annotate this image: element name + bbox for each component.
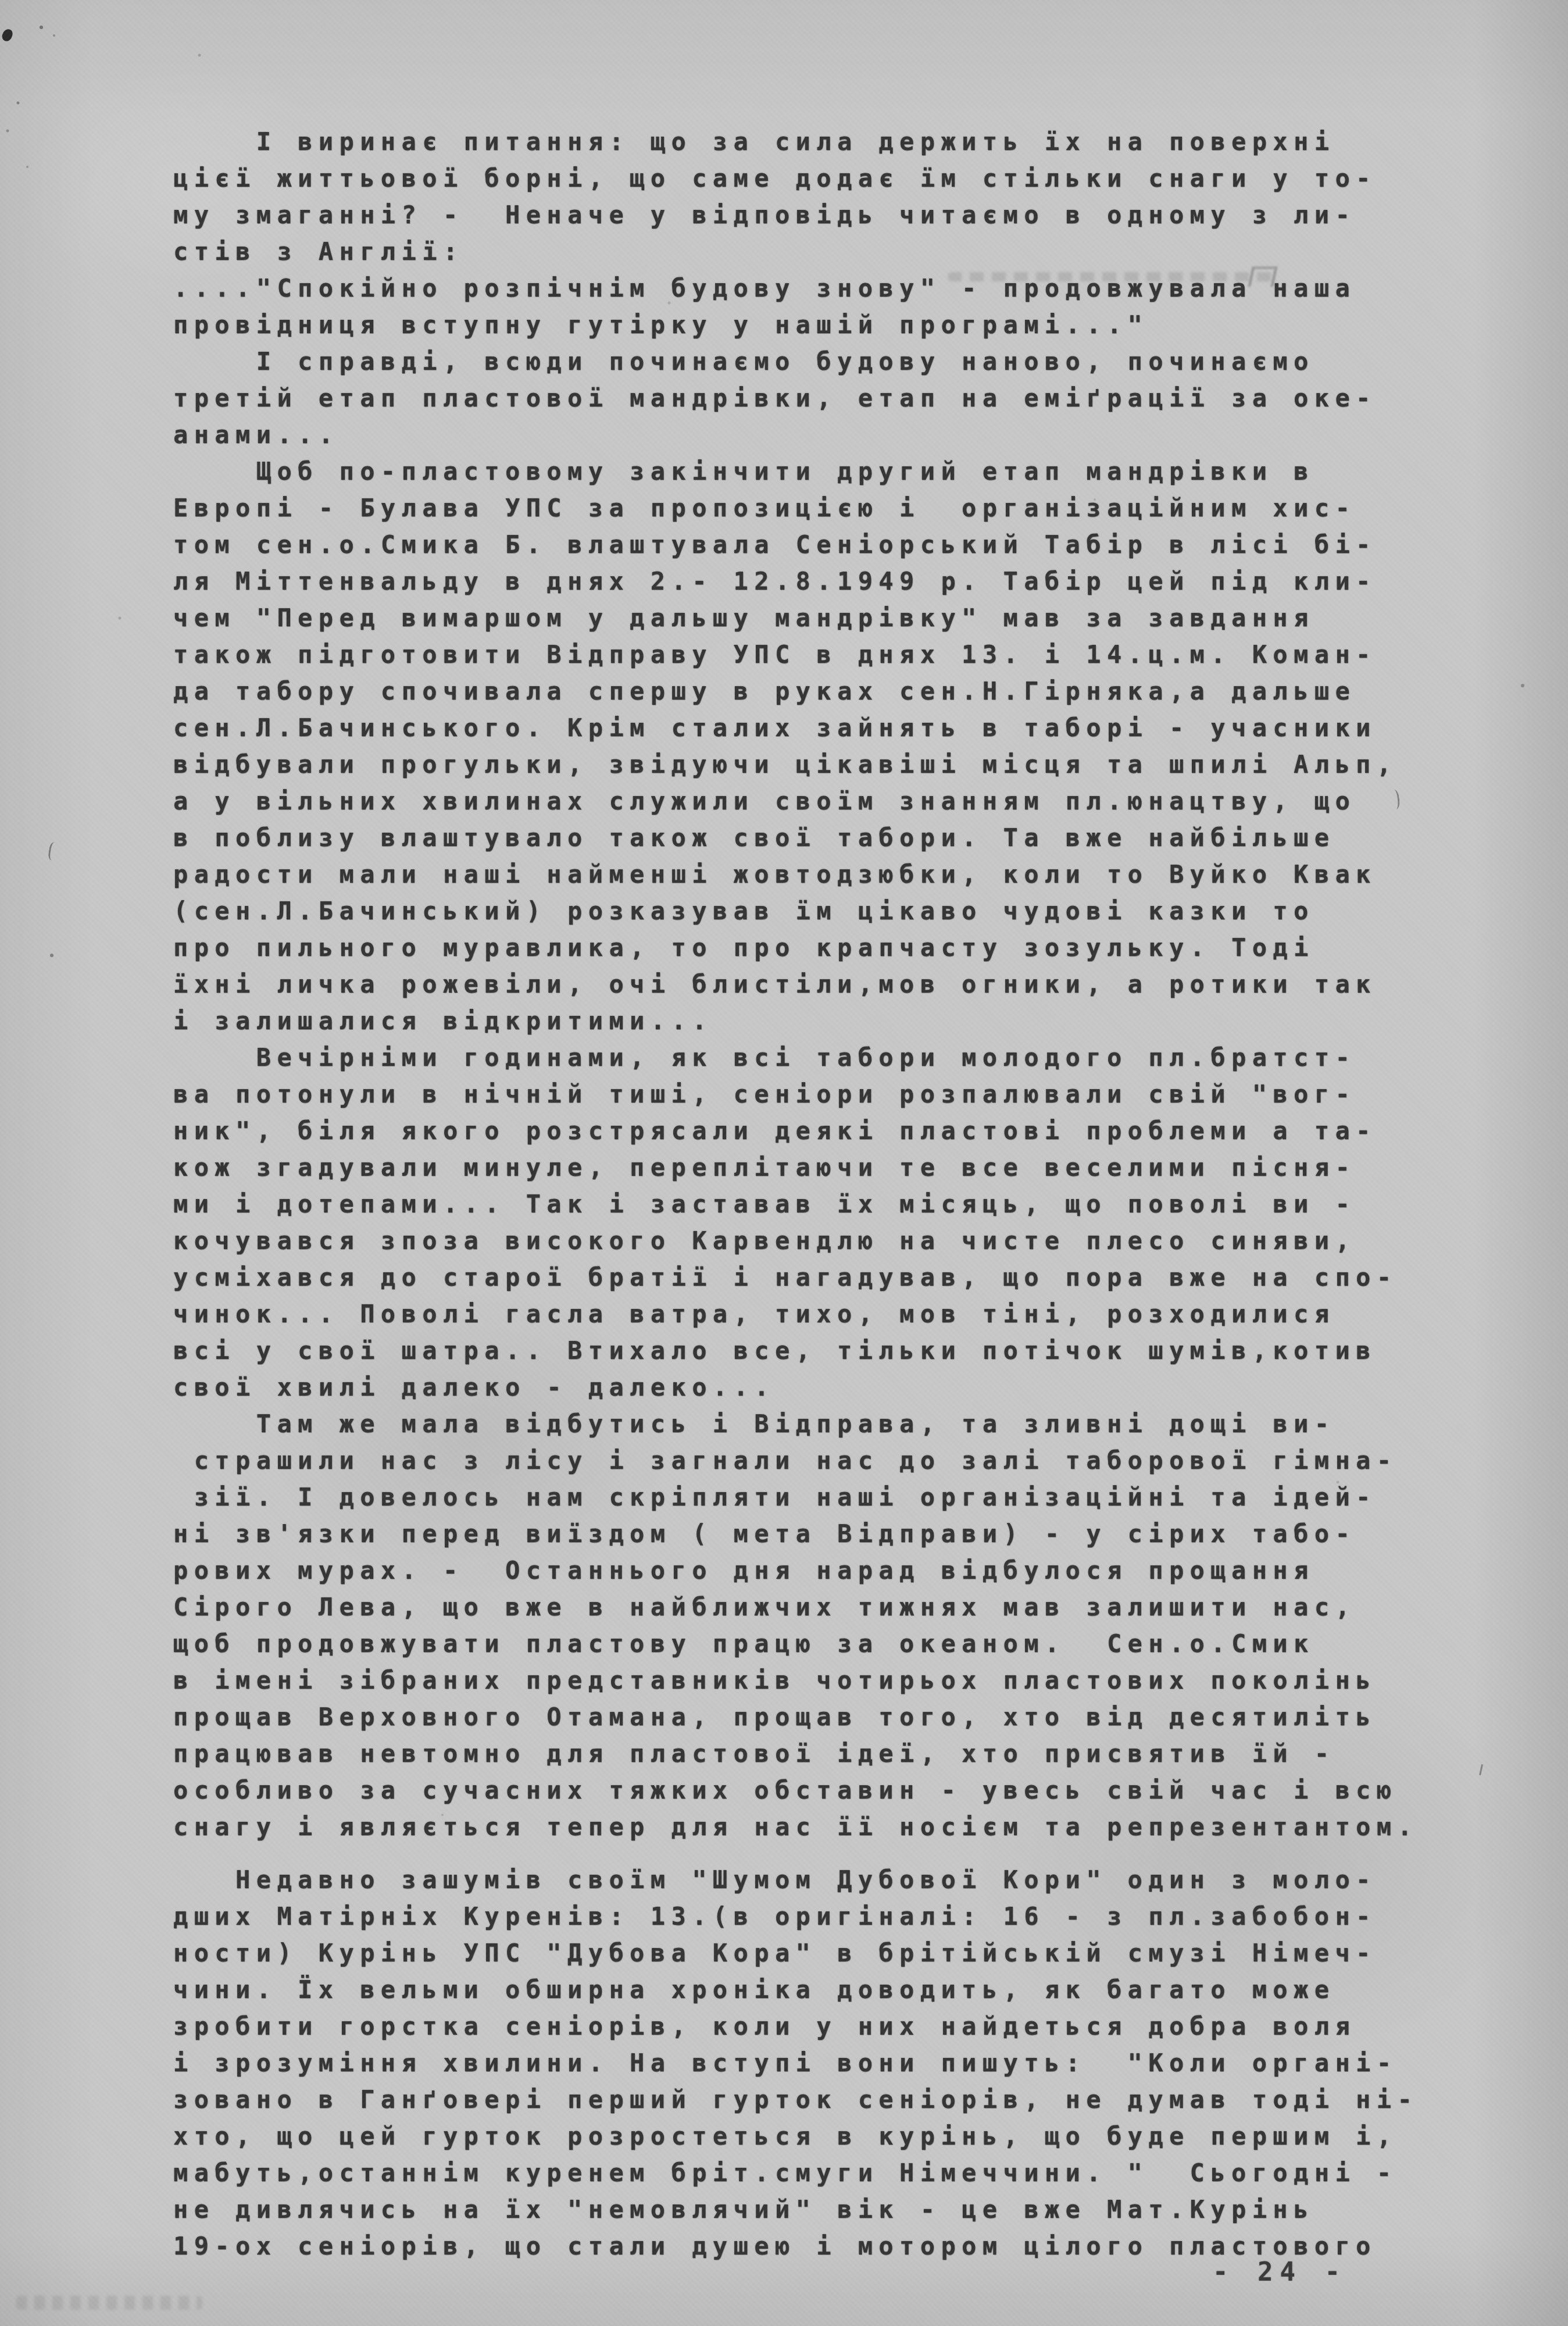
bottom-edge-smudge — [16, 2296, 202, 2310]
dust-speckles — [0, 0, 1, 1]
page-number: - 24 - — [1213, 2257, 1347, 2287]
paragraph-4: Щоб по-пластовому закінчити другий етап … — [173, 453, 1487, 1039]
ink-blot-top-left — [1, 28, 14, 42]
paragraph-7: Недавно зашумів своїм "Шумом Дубової Кор… — [173, 1861, 1487, 2264]
paragraph-6: Там же мала відбутись і Відправа, та зли… — [173, 1405, 1487, 1845]
paragraph-3: І справді, всюди починаємо будову наново… — [173, 343, 1487, 453]
scanned-typewritten-page: І виринає питання: що за сила держить їх… — [0, 0, 1568, 2326]
paragraph-1: І виринає питання: що за сила держить їх… — [173, 123, 1487, 270]
stray-mark-left-margin-2 — [50, 954, 53, 957]
paragraph-2: ...."Спокійно розпічнім будову знову" - … — [173, 270, 1487, 343]
typewritten-text-block: І виринає питання: що за сила держить їх… — [173, 123, 1487, 2264]
paragraph-5: Вечірніми годинами, як всі табори молодо… — [173, 1039, 1487, 1405]
stray-mark-left-margin-1 — [48, 841, 59, 861]
